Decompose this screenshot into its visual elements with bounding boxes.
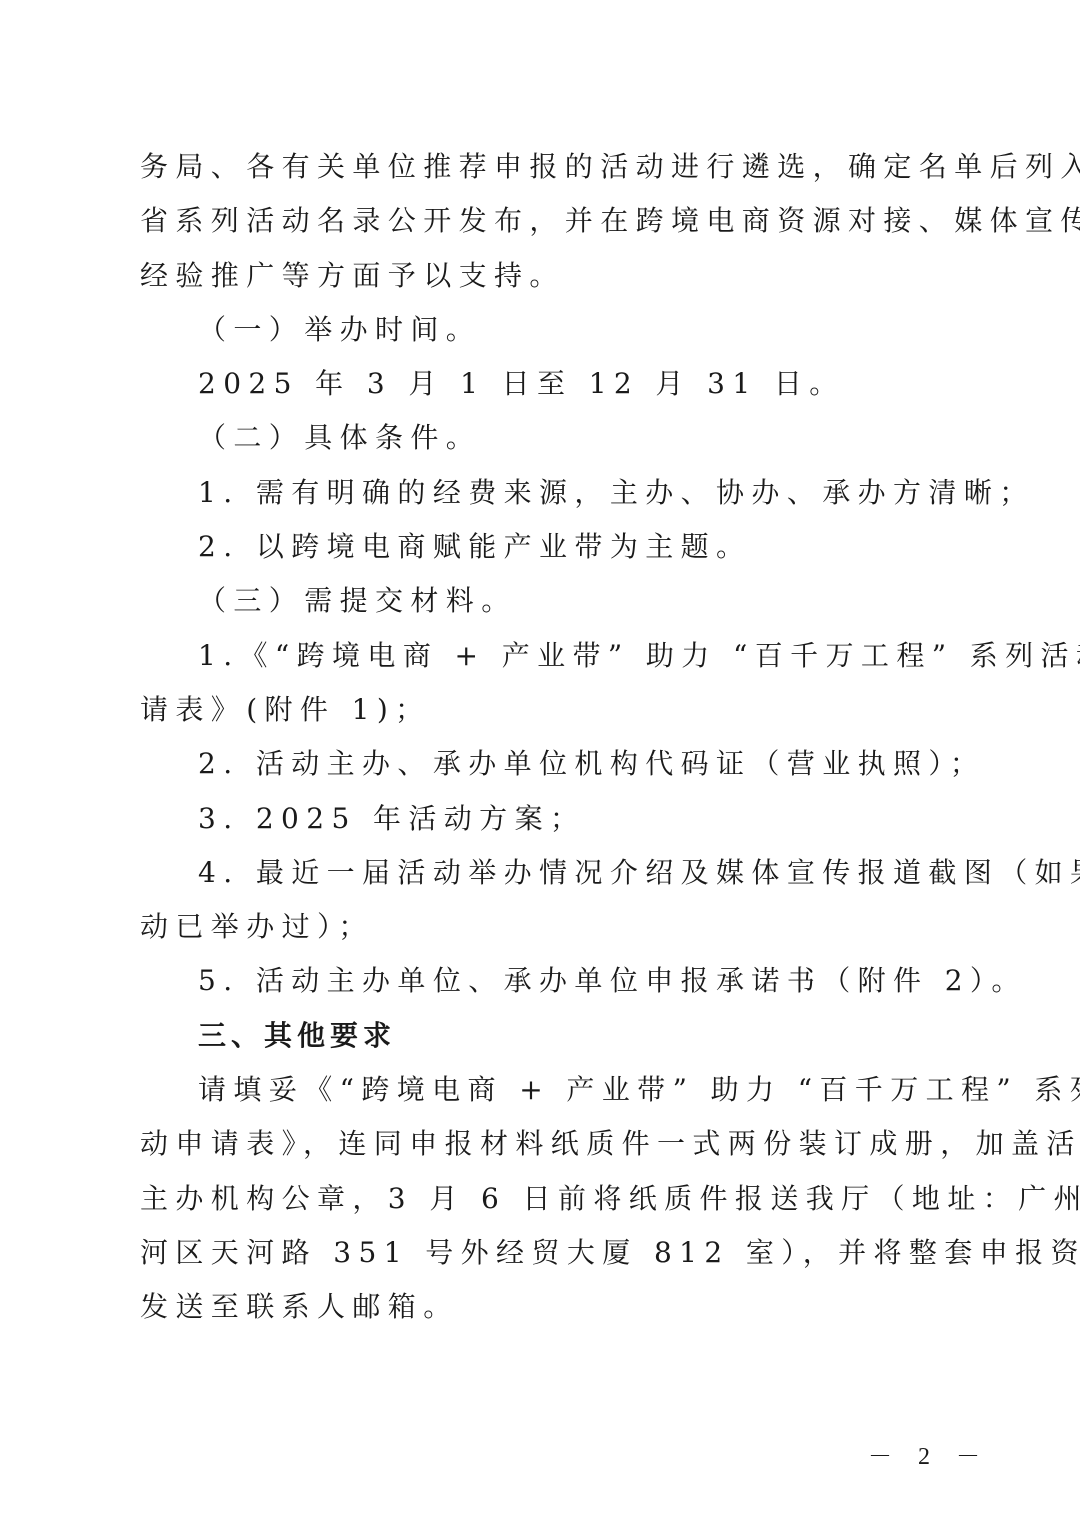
subsection-heading-materials: （三）需提交材料。 (140, 574, 942, 628)
material-item-4: 4. 最近一届活动举办情况介绍及媒体宣传报道截图（如果活 (140, 846, 942, 900)
paragraph-line-continuation: 经验推广等方面予以支持。 (140, 249, 942, 303)
event-date-range: 2025 年 3 月 1 日至 12 月 31 日。 (140, 357, 942, 411)
paragraph-line-continuation: 省系列活动名录公开发布，并在跨境电商资源对接、媒体宣传、 (140, 194, 942, 248)
material-item-1-continued: 请表》(附件 1)； (140, 683, 942, 737)
requirements-paragraph-line: 河区天河路 351 号外经贸大厦 812 室），并将整套申报资料扫描 (140, 1226, 942, 1280)
material-item-3: 3. 2025 年活动方案； (140, 792, 942, 846)
subsection-heading-time: （一）举办时间。 (140, 303, 942, 357)
material-item-5: 5. 活动主办单位、承办单位申报承诺书（附件 2）。 (140, 954, 942, 1008)
requirements-paragraph-line: 发送至联系人邮箱。 (140, 1280, 942, 1334)
material-item-2: 2. 活动主办、承办单位机构代码证（营业执照）； (140, 737, 942, 791)
requirements-paragraph-line: 动申请表》，连同申报材料纸质件一式两份装订成册，加盖活动 (140, 1117, 942, 1171)
material-item-1: 1.《“跨境电商 + 产业带” 助力 “百千万工程” 系列活动申 (140, 629, 942, 683)
document-page: 务局、各有关单位推荐申报的活动进行遴选，确定名单后列入全 省系列活动名录公开发布… (0, 0, 1080, 1527)
page-number: － 2 － (868, 1436, 990, 1471)
document-body: 务局、各有关单位推荐申报的活动进行遴选，确定名单后列入全 省系列活动名录公开发布… (140, 140, 942, 1335)
section-heading-other-requirements: 三、其他要求 (140, 1009, 942, 1063)
requirements-paragraph-line: 请填妥《“跨境电商 + 产业带” 助力 “百千万工程” 系列活 (140, 1063, 942, 1117)
subsection-heading-conditions: （二）具体条件。 (140, 411, 942, 465)
paragraph-line-continuation: 务局、各有关单位推荐申报的活动进行遴选，确定名单后列入全 (140, 140, 942, 194)
material-item-4-continued: 动已举办过）； (140, 900, 942, 954)
condition-item-2: 2. 以跨境电商赋能产业带为主题。 (140, 520, 942, 574)
condition-item-1: 1. 需有明确的经费来源，主办、协办、承办方清晰； (140, 466, 942, 520)
requirements-paragraph-line: 主办机构公章，3 月 6 日前将纸质件报送我厅（地址：广州市天 (140, 1172, 942, 1226)
